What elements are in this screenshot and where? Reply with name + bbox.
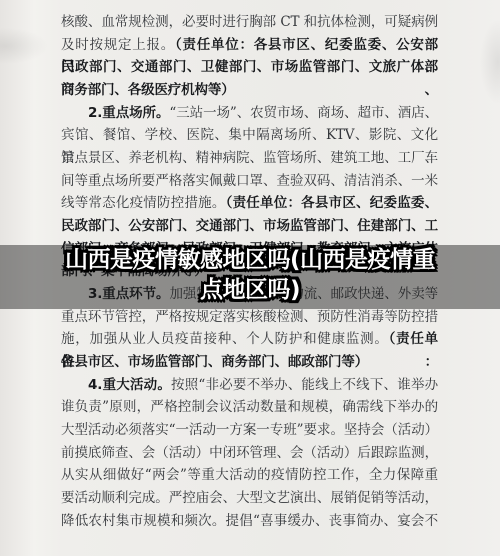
- title-line-2: 点地区吗): [0, 275, 500, 305]
- document-line: 民政部门、交通部门、卫健部门、市场监管部门、文旅广体部门、: [61, 56, 438, 79]
- document-text-bold: 2.重点场所。: [88, 105, 169, 121]
- document-line: 施，加强从业人员疫苗接种、个人防护和健康监测。（责任单位：: [61, 328, 438, 351]
- document-line: 间等重点场所要严格落实佩戴口罩、查验双码、清洁消杀、一米: [61, 170, 438, 193]
- document-line: 4.重大活动。按照“非必要不举办、能线上不线下、谁举办: [61, 374, 438, 397]
- document-line: 要活动顺利完成。严控庙会、大型文艺演出、展销促销等活动，: [61, 487, 438, 510]
- document-line: 线等常态化疫情防控措施。（责任单位：各县市区、纪委监委、: [61, 192, 438, 215]
- document-text: 间等重点场所要严格落实佩戴口罩、查验双码、清洁消杀、一米: [61, 173, 438, 189]
- document-text: 及时按规定上报。: [61, 37, 175, 53]
- document-line: 前摸底筛查、会（活动）中闭环管理、会（活动）后跟踪监测，: [61, 442, 438, 465]
- document-line: 商务部门、各级医疗机构等）: [61, 79, 438, 102]
- document-text: 前摸底筛查、会（活动）中闭环管理、会（活动）后跟踪监测，: [61, 445, 438, 461]
- document-text-bold: 商务部门、各级医疗机构等）: [61, 82, 235, 98]
- document-text: 重点环节管控，严格按规定落实核酸检测、预防性消毒等防控措: [61, 309, 438, 325]
- document-line: 谁负责”原则，严格控制会议活动数量和规模，确需线下举办的: [61, 396, 438, 419]
- document-line: 重点环节管控，严格按规定落实核酸检测、预防性消毒等防控措: [61, 306, 438, 329]
- document-line: 核酸、血常规检测，必要时进行胸部 CT 和抗体检测，可疑病例: [61, 11, 438, 34]
- document-text: 按照“非必要不举办、能线上不线下、谁举办: [171, 377, 438, 393]
- document-line: 降低农村集市规模和频次。提倡“喜事缓办、丧事简办、宴会不: [61, 510, 438, 533]
- document-page: 核酸、血常规检测，必要时进行胸部 CT 和抗体检测，可疑病例及时按规定上报。（责…: [0, 0, 500, 556]
- document-text: 施，加强从业人员疫苗接种、个人防护和健康监测。: [61, 331, 389, 347]
- document-text: “三站一场”、农贸市场、商场、超市、酒店、: [169, 105, 438, 121]
- document-text-bold: 各县市区、市场监管部门、商务部门、邮政部门等）: [61, 354, 368, 370]
- document-line: 大型活动必须落实“一活动一方案一专班”要求。坚持会（活动）: [61, 419, 438, 442]
- document-text: 要活动顺利完成。严控庙会、大型文艺演出、展销促销等活动，: [61, 490, 438, 506]
- document-text: 从实从细做好“两会”等重大活动的疫情防控工作，全力保障重: [61, 467, 438, 483]
- document-line: 各县市区、市场监管部门、商务部门、邮政部门等）: [61, 351, 438, 374]
- article-title-overlay: 山西是疫情敏感地区吗(山西是疫情重 点地区吗): [0, 245, 500, 305]
- document-text-bold: 民政部门、公安部门、交通部门、市场监管部门、住建部门、工: [61, 218, 438, 234]
- title-line-1: 山西是疫情敏感地区吗(山西是疫情重: [0, 245, 500, 275]
- document-text: 核酸、血常规检测，必要时进行胸部 CT 和抗体检测，可疑病例: [61, 14, 438, 30]
- document-line: 2.重点场所。“三站一场”、农贸市场、商场、超市、酒店、: [61, 102, 438, 125]
- document-text: 景点景区、养老机构、精神病院、监管场所、建筑工地、工厂车: [61, 150, 438, 166]
- document-line: 宾馆、餐馆、学校、医院、集中隔离场所、KTV、影院、文化馆、: [61, 124, 438, 147]
- document-text: 降低农村集市规模和频次。提倡“喜事缓办、丧事简办、宴会不: [61, 513, 438, 529]
- document-text: 大型活动必须落实“一活动一方案一专班”要求。坚持会（活动）: [61, 422, 438, 438]
- document-text: 线等常态化疫情防控措施。: [61, 195, 226, 211]
- document-line: 从实从细做好“两会”等重大活动的疫情防控工作，全力保障重: [61, 464, 438, 487]
- document-text-bold: （责任单位：各县市区、纪委监委、: [226, 195, 438, 211]
- document-line: 及时按规定上报。（责任单位：各县市区、纪委监委、公安部门、: [61, 34, 438, 57]
- document-line: 景点景区、养老机构、精神病院、监管场所、建筑工地、工厂车: [61, 147, 438, 170]
- document-text: 谁负责”原则，严格控制会议活动数量和规模，确需线下举办的: [61, 399, 438, 415]
- document-line: 民政部门、公安部门、交通部门、市场监管部门、住建部门、工: [61, 215, 438, 238]
- document-text-bold: 4.重大活动。: [88, 377, 171, 393]
